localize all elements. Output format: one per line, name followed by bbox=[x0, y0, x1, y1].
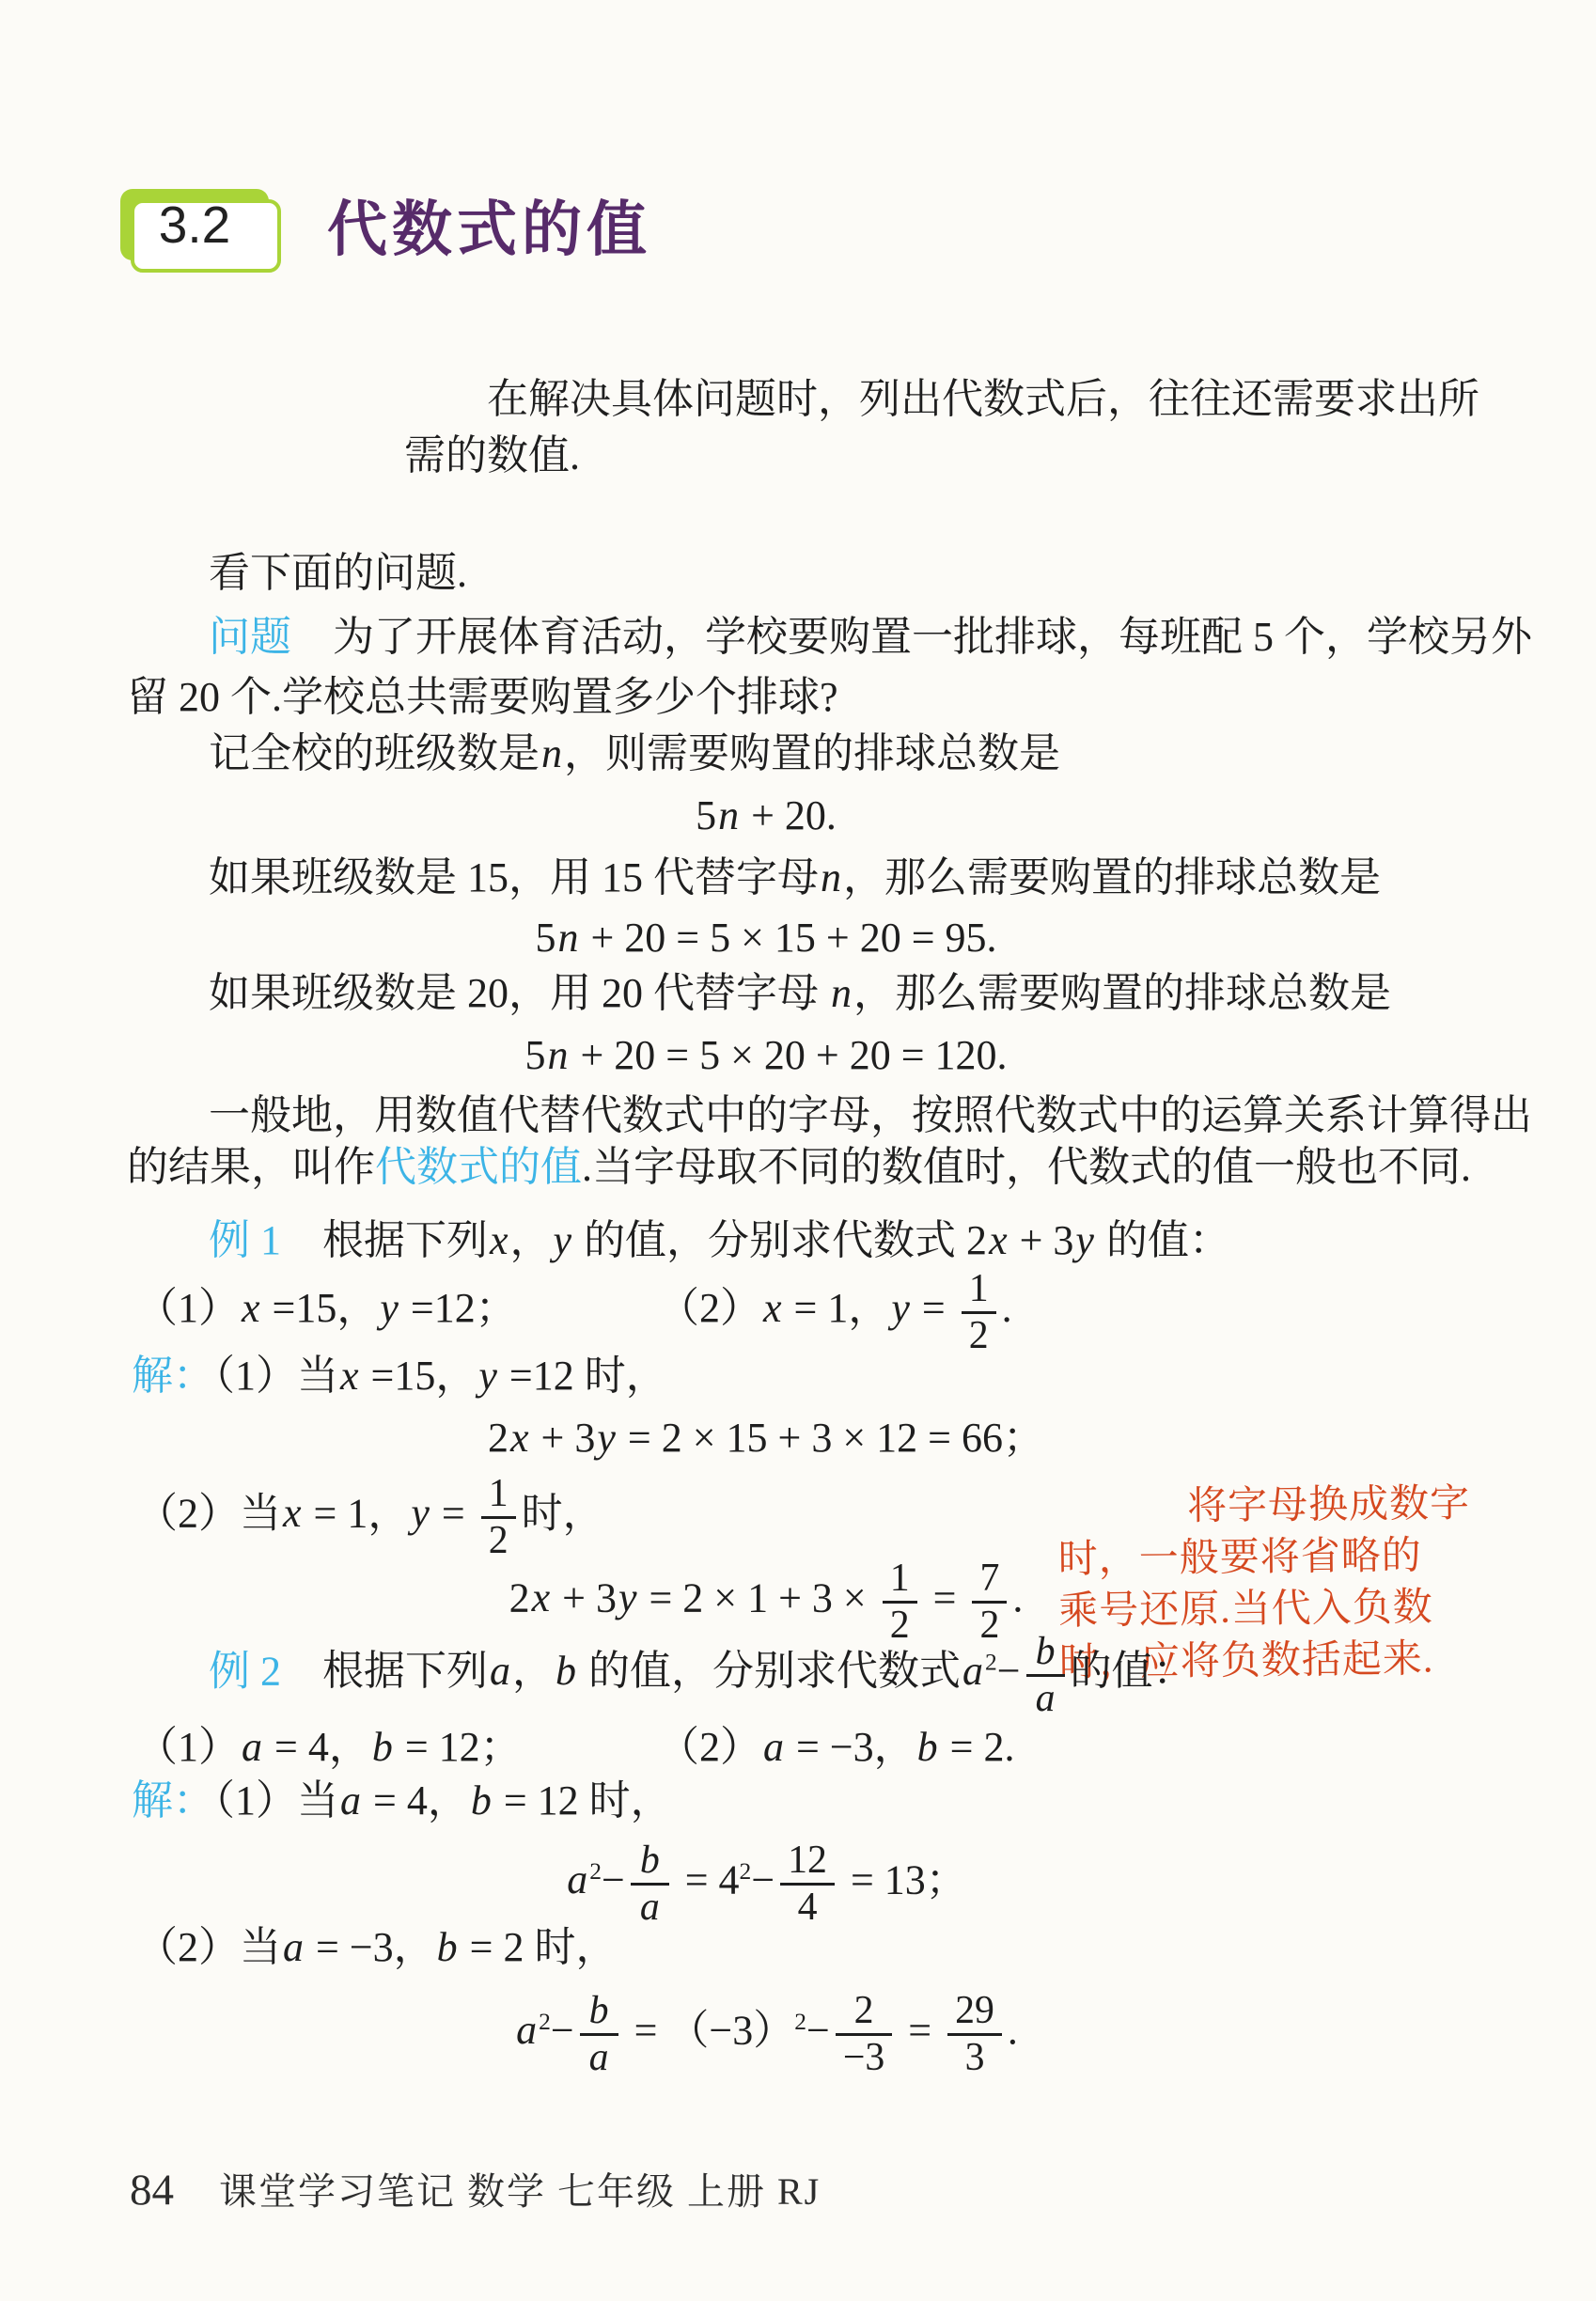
key-term: 代数式的值 bbox=[375, 1144, 582, 1190]
example1-items: （1）x =15，y =12；（2）x = 1，y = 12. bbox=[136, 1267, 1012, 1358]
setup-line: 记全校的班级数是n，则需要购置的排球总数是 bbox=[209, 726, 1060, 782]
example2-items: （1）a = 4，b = 12；（2）a = −3，b = 2. bbox=[136, 1719, 1014, 1776]
example1-item-2: （2）x = 1，y = 12. bbox=[658, 1285, 1012, 1331]
example2-solution-line-1: 解：（1）当a = 4，b = 12 时， bbox=[132, 1773, 672, 1829]
example1-sol1-formula: 2x + 3y = 2 × 15 + 3 × 12 = 66； bbox=[127, 1410, 1405, 1466]
example1-header: 例 1 根据下列x，y 的值，分别求代数式 2x + 3y 的值： bbox=[209, 1213, 1230, 1269]
example1-sol2-line: （2）当x = 1，y = 12时， bbox=[136, 1472, 604, 1563]
example1-solution-line-1: 解：（1）当x =15，y =12 时， bbox=[132, 1348, 667, 1404]
problem-paragraph-line-1: 问题 为了开展体育活动，学校要购置一批排球，每班配 5 个，学校另外 bbox=[209, 609, 1532, 665]
formula-15: 5n + 20 = 5 × 15 + 20 = 95. bbox=[127, 910, 1405, 966]
example1-sol1-text: （1）当x =15，y =12 时， bbox=[214, 1353, 667, 1399]
example2-label: 例 2 bbox=[209, 1648, 281, 1694]
example2-solution-label: 解： bbox=[132, 1777, 214, 1824]
section-header: 3.2 代数式的值 bbox=[120, 181, 651, 268]
example1-item-1: （1）x =15，y =12； bbox=[136, 1280, 658, 1337]
example1-intro: 根据下列x，y 的值，分别求代数式 2x + 3y 的值： bbox=[281, 1217, 1230, 1263]
footer-text: 课堂学习笔记 数学 七年级 上册 RJ bbox=[219, 2162, 821, 2215]
example2-sol1-formula: a2−ba = 42−124 = 13； bbox=[127, 1839, 1405, 1930]
problem-label: 问题 bbox=[209, 614, 291, 660]
general-line-2-post: .当字母取不同的数值时，代数式的值一般也不同. bbox=[582, 1144, 1471, 1190]
section-title: 代数式的值 bbox=[327, 181, 651, 268]
section-number-badge: 3.2 bbox=[120, 189, 269, 260]
general-line-2: 的结果，叫作代数式的值.当字母取不同的数值时，代数式的值一般也不同. bbox=[127, 1139, 1471, 1196]
look-line: 看下面的问题. bbox=[209, 545, 467, 602]
example2-item-1: （1）a = 4，b = 12； bbox=[136, 1719, 658, 1776]
formula-20: 5n + 20 = 5 × 20 + 20 = 120. bbox=[127, 1027, 1405, 1084]
case20-line: 如果班级数是 20，用 20 代替字母 n，那么需要购置的排球总数是 bbox=[209, 965, 1391, 1022]
example1-label: 例 1 bbox=[209, 1217, 281, 1263]
example2-header: 例 2 根据下列a，b 的值，分别求代数式a2−ba的值： bbox=[209, 1630, 1195, 1721]
example2-sol2-formula: a2−ba = （−3）2−2−3 = 293. bbox=[127, 1989, 1405, 2080]
example2-intro: 根据下列a，b 的值，分别求代数式a2−ba的值： bbox=[281, 1648, 1195, 1694]
example2-sol2-line: （2）当a = −3，b = 2 时， bbox=[136, 1919, 617, 1976]
page-number: 84 bbox=[130, 2165, 174, 2215]
example2-item-2: （2）a = −3，b = 2. bbox=[658, 1724, 1014, 1770]
intro-line-2: 需的数值. bbox=[404, 428, 580, 484]
problem-text-1: 为了开展体育活动，学校要购置一批排球，每班配 5 个，学校另外 bbox=[291, 614, 1532, 660]
example1-solution-label: 解： bbox=[132, 1353, 214, 1399]
example2-sol1-text: （1）当a = 4，b = 12 时， bbox=[214, 1777, 672, 1824]
textbook-page: 3.2 代数式的值 在解决具体问题时，列出代数式后，往往还需要求出所 需的数值.… bbox=[0, 0, 1596, 2301]
section-number: 3.2 bbox=[159, 195, 230, 255]
page-footer: 84 课堂学习笔记 数学 七年级 上册 RJ bbox=[130, 2162, 821, 2215]
intro-line-1: 在解决具体问题时，列出代数式后，往往还需要求出所 bbox=[487, 371, 1479, 428]
case15-line: 如果班级数是 15，用 15 代替字母n，那么需要购置的排球总数是 bbox=[209, 850, 1381, 906]
problem-paragraph-line-2: 留 20 个.学校总共需要购置多少个排球? bbox=[127, 669, 838, 726]
formula-base: 5n + 20. bbox=[127, 788, 1405, 844]
general-line-1: 一般地，用数值代替代数式中的字母，按照代数式中的运算关系计算得出 bbox=[209, 1088, 1532, 1144]
general-line-2-pre: 的结果，叫作 bbox=[127, 1144, 375, 1190]
